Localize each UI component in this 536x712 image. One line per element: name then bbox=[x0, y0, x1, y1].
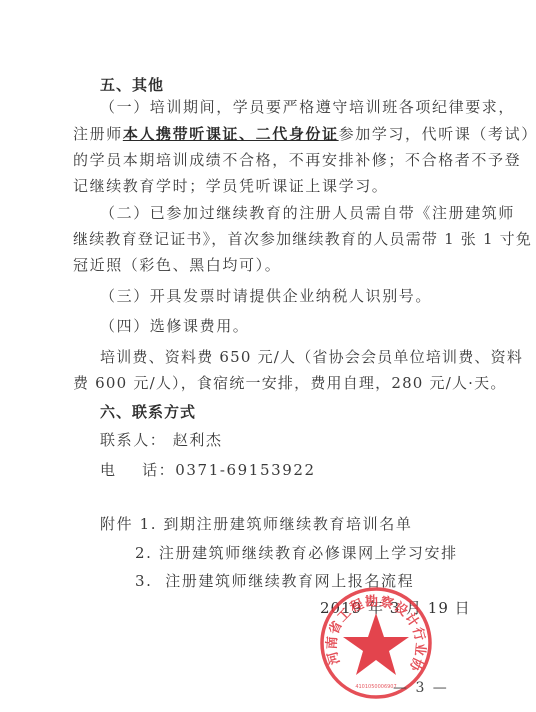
paragraph-5-line-1: 培训费、资料费 650 元/人（省协会会员单位培训费、资料 bbox=[100, 347, 523, 367]
emphasized-requirement: 本人携带听课证、二代身份证 bbox=[123, 125, 339, 143]
text: 注册师 bbox=[73, 125, 123, 143]
paragraph-5-line-2: 费 600 元/人），食宿统一安排，费用自理，280 元/人·天。 bbox=[73, 373, 507, 393]
svg-text:4101050006907: 4101050006907 bbox=[355, 684, 396, 690]
paragraph-1-line-1: （一）培训期间，学员要严格遵守培训班各项纪律要求， bbox=[100, 97, 515, 117]
page-number: — 3 — bbox=[393, 680, 449, 696]
section-heading-other: 五、其他 bbox=[100, 75, 164, 95]
paragraph-2-line-1: （二）已参加过继续教育的注册人员需自带《注册建筑师 bbox=[100, 203, 515, 223]
paragraph-1-line-4: 记继续教育学时；学员凭听课证上课学习。 bbox=[73, 176, 388, 196]
contact-phone: 电 话：0371-69153922 bbox=[100, 460, 316, 480]
paragraph-2-line-2: 继续教育登记证书》，首次参加继续教育的人员需带 1 张 1 寸免 bbox=[73, 229, 532, 249]
attachment-2: 2. 注册建筑师继续教育必修课网上学习安排 bbox=[135, 543, 458, 563]
contact-person: 联系人： 赵利杰 bbox=[100, 430, 223, 450]
attachment-1: 附件 1. 到期注册建筑师继续教育培训名单 bbox=[100, 514, 412, 534]
paragraph-3: （三）开具发票时请提供企业纳税人识别号。 bbox=[100, 286, 432, 306]
section-heading-contact: 六、联系方式 bbox=[100, 402, 196, 422]
paragraph-1-line-3: 的学员本期培训成绩不合格，不再安排补修；不合格者不予登 bbox=[73, 150, 521, 170]
paragraph-2-line-3: 冠近照（彩色、黑白均可）。 bbox=[73, 255, 281, 275]
text: 参加学习，代听课（考试） bbox=[339, 125, 536, 143]
paragraph-4: （四）选修课费用。 bbox=[100, 316, 249, 336]
paragraph-1-line-2: 注册师本人携带听课证、二代身份证参加学习，代听课（考试） bbox=[73, 124, 536, 144]
